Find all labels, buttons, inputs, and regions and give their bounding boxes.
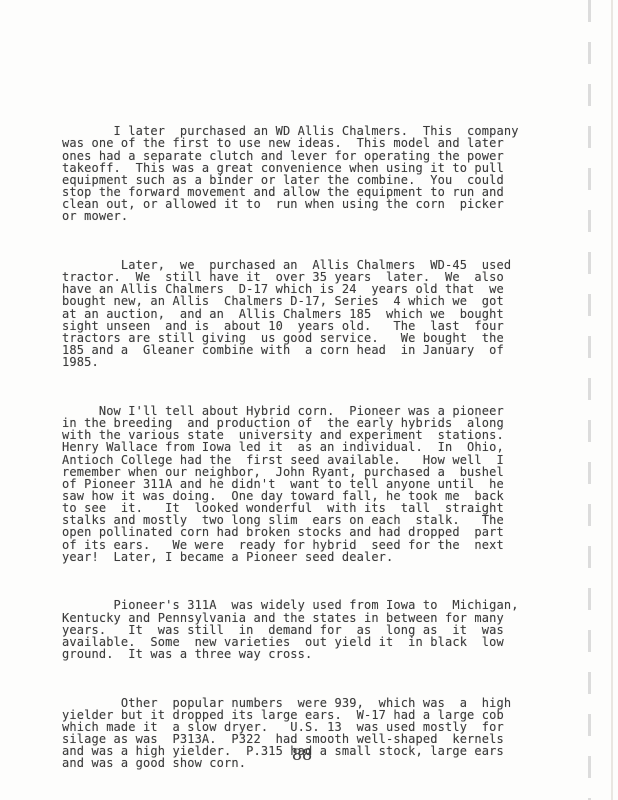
paragraph-wd45-tractors: Later, we purchased an Allis Chalmers WD…: [62, 259, 532, 368]
paragraph-wd-allis-chalmers: I later purchased an WD Allis Chalmers. …: [62, 125, 532, 222]
paragraph-hybrid-corn: Now I'll tell about Hybrid corn. Pioneer…: [62, 405, 532, 563]
perforation-dashed-line: [588, 0, 591, 800]
scanned-book-page: I later purchased an WD Allis Chalmers. …: [0, 0, 618, 800]
paragraph-pioneers-311a: Pioneer's 311A was widely used from Iowa…: [62, 599, 532, 660]
page-edge-line: [611, 0, 613, 800]
page-number: 88: [0, 745, 611, 764]
typewritten-text-block: I later purchased an WD Allis Chalmers. …: [62, 101, 532, 794]
